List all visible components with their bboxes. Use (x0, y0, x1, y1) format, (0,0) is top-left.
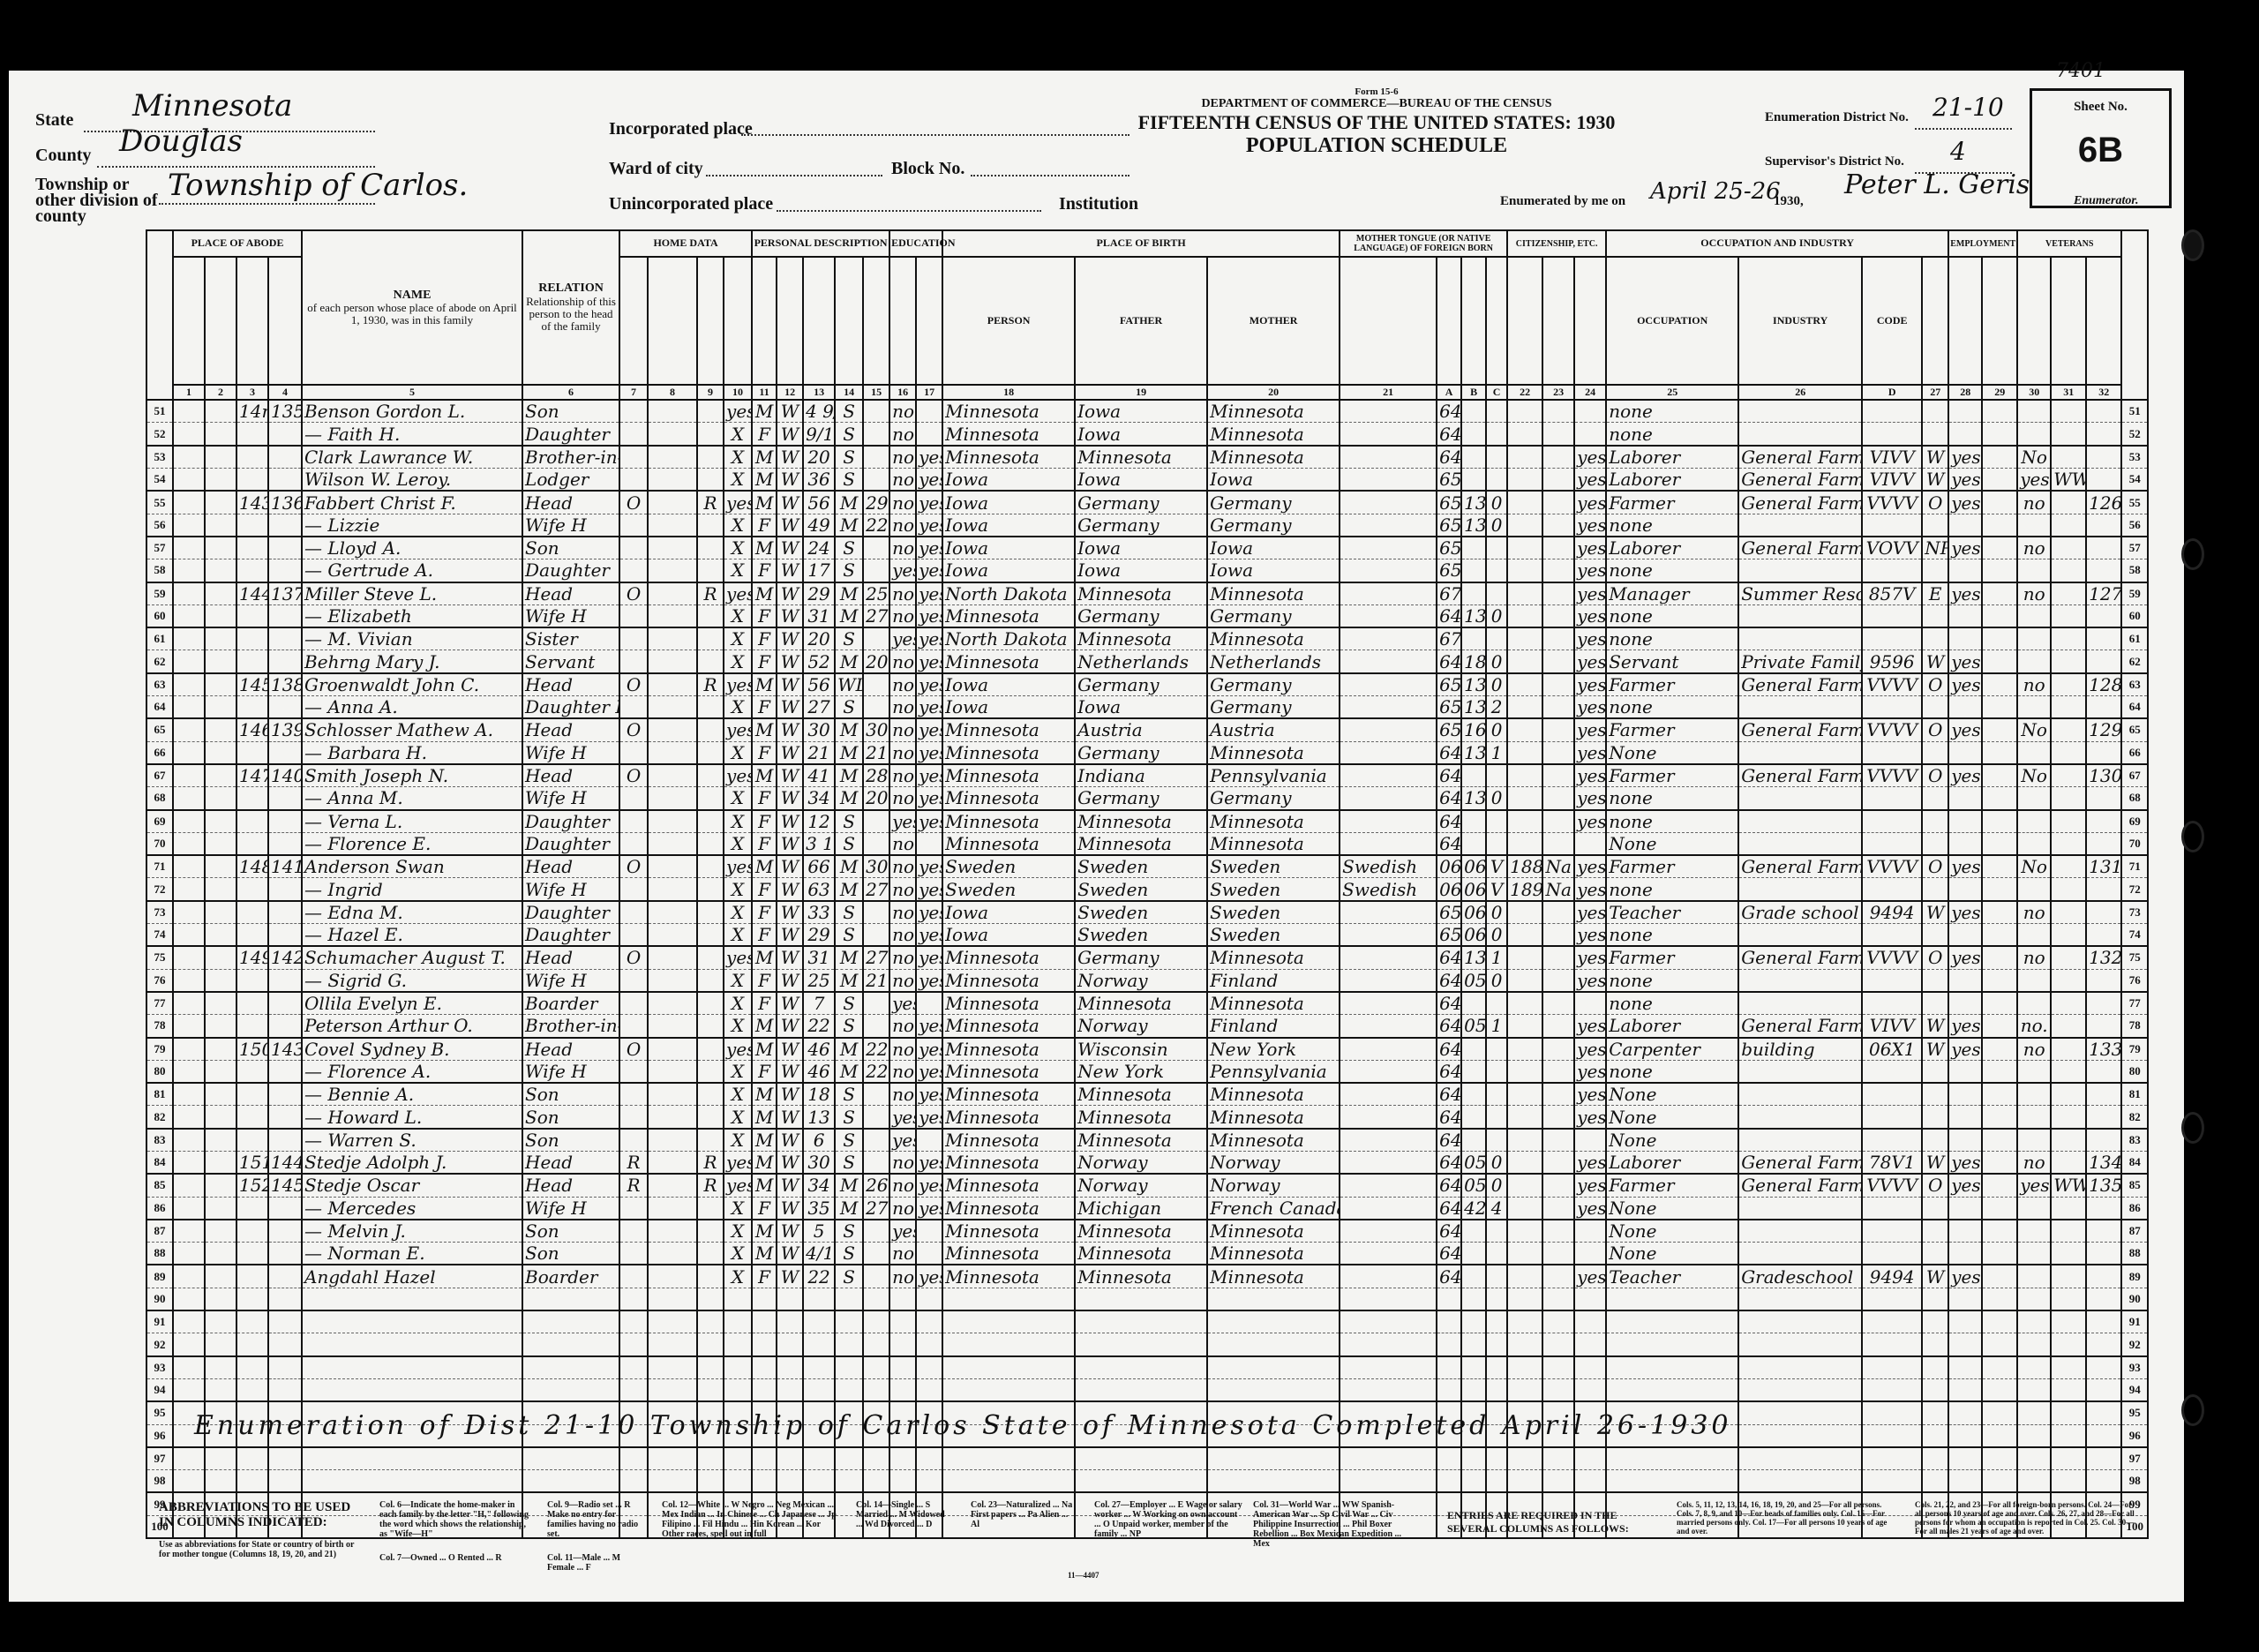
cell-sex: F (752, 423, 777, 446)
cell-read: yes (916, 1060, 942, 1083)
cell-war (2051, 1265, 2086, 1288)
cell-code-b: 13 (1461, 741, 1486, 764)
cell-code-a: 64 (1437, 787, 1461, 810)
cell-class (1922, 400, 1948, 423)
line-number: 61 (146, 627, 173, 650)
cell-age: 31 (803, 946, 835, 969)
cell-name: Miller Steve L. (302, 582, 522, 605)
cell-emp (1948, 787, 1982, 810)
cell-age-marr (863, 1151, 889, 1174)
table-row: 89Angdahl HazelBoarderXFW22SnoyesMinneso… (146, 1265, 2148, 1288)
cell-birth-person: Minnesota (942, 1151, 1075, 1174)
cell-birth-mother: Norway (1207, 1151, 1340, 1174)
cell-code-b: 06 (1461, 855, 1486, 878)
empty-cell (648, 1310, 697, 1333)
cell-marital: S (835, 832, 863, 855)
cell-dwelling: 14r (236, 400, 268, 423)
cell-relation: Daughter (522, 901, 619, 924)
cell-street (173, 582, 205, 605)
table-row: 63145138Groenwaldt John C.HeadORyesMW56W… (146, 673, 2148, 696)
empty-cell (1606, 1288, 1738, 1310)
empty-cell (724, 1447, 752, 1470)
cell-farm: X (724, 423, 752, 446)
cell-code-c (1486, 1083, 1507, 1106)
cell-age-marr (863, 446, 889, 469)
empty-cell (1948, 1424, 1982, 1447)
cell-sex: M (752, 855, 777, 878)
cell-code-c (1486, 537, 1507, 559)
cell-house (205, 969, 236, 992)
table-row: 60— ElizabethWife HXFW31M27noyesMinnesot… (146, 604, 2148, 627)
empty-cell (2086, 1333, 2121, 1356)
sd-label: Supervisor's District No. (1765, 154, 1904, 169)
cell-birth-person: Minnesota (942, 832, 1075, 855)
cell-school: no (889, 855, 916, 878)
cell-birth-mother: Netherlands (1207, 650, 1340, 673)
cell-relation: Son (522, 1083, 619, 1106)
cell-family: 137 (268, 582, 302, 605)
cell-street (173, 491, 205, 514)
cell-code-b (1461, 1243, 1486, 1265)
cell-tongue (1340, 627, 1437, 650)
line-number-right: 74 (2121, 924, 2148, 947)
cell-school: no (889, 446, 916, 469)
cell-house (205, 1038, 236, 1061)
cell-street (173, 1243, 205, 1265)
cell-family (268, 741, 302, 764)
cell-english: yes (1574, 1174, 1606, 1197)
cell-family: 138 (268, 673, 302, 696)
cell-read: yes (916, 696, 942, 719)
cell-code-b: 06 (1461, 924, 1486, 947)
cell-code-b (1461, 1106, 1486, 1129)
cell-birth-person: North Dakota (942, 627, 1075, 650)
cell-street (173, 878, 205, 901)
cell-radio (697, 992, 724, 1015)
cell-emp (1948, 514, 1982, 537)
line-number: 88 (146, 1243, 173, 1265)
cell-street (173, 1038, 205, 1061)
cell-occ-code: VVVV (1862, 1174, 1922, 1197)
cell-street (173, 1151, 205, 1174)
cell-emp: yes (1948, 537, 1982, 559)
empty-cell (697, 1470, 724, 1493)
cell-natur (1542, 1174, 1574, 1197)
cell-birth-mother: Minnesota (1207, 423, 1340, 446)
cell-school: no (889, 1015, 916, 1038)
cell-tongue (1340, 1220, 1437, 1243)
cell-code-a: 64 (1437, 604, 1461, 627)
cell-emp: yes (1948, 1038, 1982, 1061)
cell-tongue (1340, 1129, 1437, 1152)
cell-age: 27 (803, 696, 835, 719)
cell-immig (1507, 1106, 1542, 1129)
table-row: 56— LizzieWife HXFW49M22noyesIowaGermany… (146, 514, 2148, 537)
cell-unemp (1982, 901, 2017, 924)
line-number-right: 68 (2121, 787, 2148, 810)
hdr-immig (1507, 257, 1542, 385)
cell-value (648, 446, 697, 469)
cell-class: O (1922, 673, 1948, 696)
cell-code-b (1461, 537, 1486, 559)
abbrev-title: ABBREVIATIONS TO BE USED IN COLUMNS INDI… (159, 1500, 362, 1530)
empty-cell (697, 1333, 724, 1356)
cell-age-marr: 30 (863, 718, 889, 741)
cell-birth-father: Germany (1075, 604, 1207, 627)
empty-cell (1862, 1333, 1922, 1356)
cell-natur (1542, 400, 1574, 423)
empty-cell (236, 1333, 268, 1356)
cell-farm-sched (2086, 650, 2121, 673)
cell-name: — Melvin J. (302, 1220, 522, 1243)
cell-house (205, 650, 236, 673)
cell-emp (1948, 1129, 1982, 1152)
cell-code-c: 1 (1486, 741, 1507, 764)
cell-code-c (1486, 423, 1507, 446)
cell-age-marr (863, 1106, 889, 1129)
cell-marital: S (835, 469, 863, 492)
cell-code-a: 64 (1437, 1129, 1461, 1152)
cell-relation: Wife H (522, 741, 619, 764)
cell-farm: yes (724, 582, 752, 605)
cell-unemp (1982, 855, 2017, 878)
cell-occ-code (1862, 1129, 1922, 1152)
cell-owned (619, 1243, 648, 1265)
cell-farm: X (724, 1220, 752, 1243)
cell-house (205, 901, 236, 924)
cell-age: 13 (803, 1106, 835, 1129)
cell-industry: building (1738, 1038, 1862, 1061)
cell-occ-code (1862, 559, 1922, 582)
cell-birth-person: Minnesota (942, 1015, 1075, 1038)
cell-sex: M (752, 1129, 777, 1152)
cell-name: Benson Gordon L. (302, 400, 522, 423)
cell-unemp (1982, 992, 2017, 1015)
empty-cell (522, 1356, 619, 1379)
cell-age: 5 (803, 1220, 835, 1243)
cell-industry (1738, 924, 1862, 947)
cell-tongue (1340, 764, 1437, 787)
cell-vet (2017, 1265, 2051, 1288)
cell-code-a: 64 (1437, 1197, 1461, 1220)
empty-cell (1738, 1356, 1862, 1379)
cell-occupation: Farmer (1606, 1174, 1738, 1197)
empty-cell (916, 1356, 942, 1379)
cell-school: no (889, 514, 916, 537)
cell-owned (619, 1265, 648, 1288)
cell-farm: X (724, 741, 752, 764)
empty-cell (752, 1288, 777, 1310)
cell-sex: M (752, 400, 777, 423)
cell-code-a: 65 (1437, 514, 1461, 537)
cell-farm-sched: 131 (2086, 855, 2121, 878)
cell-owned (619, 696, 648, 719)
cell-industry: General Farm (1738, 469, 1862, 492)
cell-school: no (889, 696, 916, 719)
cell-sex: M (752, 1106, 777, 1129)
cell-age-marr (863, 901, 889, 924)
cell-read: yes (916, 901, 942, 924)
cell-war (2051, 1106, 2086, 1129)
cell-vet: No (2017, 855, 2051, 878)
cell-relation: Head (522, 1038, 619, 1061)
empty-cell (1574, 1470, 1606, 1493)
cell-emp (1948, 810, 1982, 833)
empty-cell (302, 1310, 522, 1333)
cell-industry (1738, 1220, 1862, 1243)
cell-marital: S (835, 992, 863, 1015)
empty-cell (863, 1310, 889, 1333)
cell-value (648, 969, 697, 992)
cell-farm-sched (2086, 1220, 2121, 1243)
cell-street (173, 946, 205, 969)
cell-age-marr: 21 (863, 741, 889, 764)
cell-birth-mother: Minnesota (1207, 1083, 1340, 1106)
cell-street (173, 604, 205, 627)
cell-dwelling: 150 (236, 1038, 268, 1061)
cell-farm: X (724, 514, 752, 537)
cell-occ-code (1862, 400, 1922, 423)
cell-code-a: 65 (1437, 469, 1461, 492)
cell-name: — Elizabeth (302, 604, 522, 627)
cell-farm: X (724, 537, 752, 559)
cell-birth-person: Minnesota (942, 1060, 1075, 1083)
cell-code-b: 06 (1461, 878, 1486, 901)
cell-occupation: Farmer (1606, 764, 1738, 787)
cell-school: yes (889, 559, 916, 582)
cell-tongue: Swedish (1340, 855, 1437, 878)
cell-unemp (1982, 514, 2017, 537)
empty-cell (1207, 1470, 1340, 1493)
cell-value (648, 1220, 697, 1243)
table-row: 87— Melvin J.SonXMW5SyesMinnesotaMinneso… (146, 1220, 2148, 1243)
cell-family (268, 1060, 302, 1083)
cell-race: W (777, 1243, 803, 1265)
cell-read: yes (916, 764, 942, 787)
cell-school: no (889, 946, 916, 969)
cell-owned (619, 1197, 648, 1220)
table-row: 5114r135Benson Gordon L.SonyesMW4 9/12Sn… (146, 400, 2148, 423)
cell-relation: Head (522, 1151, 619, 1174)
cell-war (2051, 924, 2086, 947)
empty-cell (1340, 1333, 1437, 1356)
cell-name: Anderson Swan (302, 855, 522, 878)
cell-relation: Brother-in-law (522, 446, 619, 469)
cell-marital: S (835, 400, 863, 423)
county-label: County (35, 146, 91, 166)
cell-sex: M (752, 1243, 777, 1265)
cell-dwelling (236, 810, 268, 833)
sheet-value: 6B (2032, 131, 2169, 170)
cell-occ-code (1862, 832, 1922, 855)
cell-occupation: none (1606, 423, 1738, 446)
cell-industry: Gradeschool (1738, 1265, 1862, 1288)
empty-cell (1507, 1333, 1542, 1356)
cell-owned (619, 627, 648, 650)
line-number-right: 66 (2121, 741, 2148, 764)
cell-farm-sched (2086, 1083, 2121, 1106)
cell-english: yes (1574, 924, 1606, 947)
cell-family: 139 (268, 718, 302, 741)
cell-owned (619, 832, 648, 855)
cell-industry (1738, 741, 1862, 764)
cell-name: — Sigrid G. (302, 969, 522, 992)
cell-occ-code (1862, 604, 1922, 627)
cell-street (173, 673, 205, 696)
cell-school: no (889, 1060, 916, 1083)
cell-name: — Lloyd A. (302, 537, 522, 559)
empty-cell (1862, 1470, 1922, 1493)
cell-natur (1542, 696, 1574, 719)
cell-birth-father: Iowa (1075, 696, 1207, 719)
empty-cell (648, 1333, 697, 1356)
cell-dwelling: 146 (236, 718, 268, 741)
cell-marital: S (835, 901, 863, 924)
cell-farm-sched (2086, 741, 2121, 764)
cell-race: W (777, 673, 803, 696)
cell-marital: M (835, 1038, 863, 1061)
empty-cell (2017, 1310, 2051, 1333)
empty-cell (1982, 1333, 2017, 1356)
cell-house (205, 491, 236, 514)
cell-school: no (889, 1243, 916, 1265)
cell-dwelling (236, 1083, 268, 1106)
line-number: 54 (146, 469, 173, 492)
cell-dwelling: 151 (236, 1151, 268, 1174)
empty-cell (777, 1470, 803, 1493)
cell-occupation: none (1606, 878, 1738, 901)
cell-war (2051, 810, 2086, 833)
cell-natur (1542, 469, 1574, 492)
cell-industry (1738, 787, 1862, 810)
cell-class: W (1922, 1265, 1948, 1288)
cell-read (916, 992, 942, 1015)
cell-unemp (1982, 1015, 2017, 1038)
cell-class (1922, 741, 1948, 764)
cell-read: yes (916, 582, 942, 605)
cell-vet (2017, 1197, 2051, 1220)
table-row: 80— Florence A.Wife HXFW46M22noyesMinnes… (146, 1060, 2148, 1083)
empty-cell (648, 1470, 697, 1493)
cell-radio (697, 1243, 724, 1265)
cell-code-a: 67 (1437, 582, 1461, 605)
cell-birth-mother: Minnesota (1207, 1220, 1340, 1243)
block-line (971, 175, 1129, 176)
cell-name: Ollila Evelyn E. (302, 992, 522, 1015)
cell-vet (2017, 1220, 2051, 1243)
empty-cell (173, 1378, 205, 1401)
cell-farm-sched (2086, 627, 2121, 650)
cell-industry: General Farm (1738, 537, 1862, 559)
cell-industry (1738, 832, 1862, 855)
cell-occupation: None (1606, 1243, 1738, 1265)
cell-industry (1738, 423, 1862, 446)
empty-cell (173, 1356, 205, 1379)
cell-sex: M (752, 1083, 777, 1106)
cell-house (205, 878, 236, 901)
cell-dwelling (236, 832, 268, 855)
cell-immig (1507, 992, 1542, 1015)
cell-code-a: 06 (1437, 855, 1461, 878)
cell-read: yes (916, 1106, 942, 1129)
empty-cell (863, 1378, 889, 1401)
cell-immig (1507, 1060, 1542, 1083)
empty-cell (889, 1310, 916, 1333)
cell-family (268, 810, 302, 833)
cell-relation: Head (522, 673, 619, 696)
cell-name: — Warren S. (302, 1129, 522, 1152)
cell-birth-father: Iowa (1075, 400, 1207, 423)
line-number-right: 98 (2121, 1470, 2148, 1493)
cell-name: — Bennie A. (302, 1083, 522, 1106)
cell-emp (1948, 1083, 1982, 1106)
cell-farm-sched: 134 (2086, 1151, 2121, 1174)
cell-school: no (889, 1151, 916, 1174)
cell-occupation: none (1606, 696, 1738, 719)
line-number: 82 (146, 1106, 173, 1129)
empty-cell (268, 1378, 302, 1401)
cell-birth-person: Minnesota (942, 741, 1075, 764)
empty-cell (619, 1378, 648, 1401)
empty-cell (1982, 1447, 2017, 1470)
cell-unemp (1982, 1174, 2017, 1197)
cell-birth-mother: New York (1207, 1038, 1340, 1061)
cell-unemp (1982, 878, 2017, 901)
empty-cell (803, 1333, 835, 1356)
empty-cell (1461, 1333, 1486, 1356)
cell-radio (697, 1015, 724, 1038)
cell-birth-person: Iowa (942, 491, 1075, 514)
cell-value (648, 696, 697, 719)
cell-war (2051, 491, 2086, 514)
empty-cell (1207, 1310, 1340, 1333)
cell-house (205, 741, 236, 764)
cell-code-a: 64 (1437, 400, 1461, 423)
cell-house (205, 673, 236, 696)
cell-birth-person: Minnesota (942, 446, 1075, 469)
cell-school: yes (889, 810, 916, 833)
empty-cell (724, 1310, 752, 1333)
cell-farm: X (724, 469, 752, 492)
cell-industry (1738, 696, 1862, 719)
cell-unemp (1982, 924, 2017, 947)
cell-radio (697, 446, 724, 469)
cell-radio (697, 855, 724, 878)
hdr-code: CODE (1862, 257, 1922, 385)
cell-relation: Daughter H (522, 696, 619, 719)
cell-english: yes (1574, 878, 1606, 901)
cell-marital: S (835, 1129, 863, 1152)
cell-industry (1738, 1060, 1862, 1083)
empty-cell (2051, 1310, 2086, 1333)
cell-farm-sched (2086, 604, 2121, 627)
cell-age-marr: 27 (863, 1197, 889, 1220)
cell-class (1922, 1060, 1948, 1083)
cell-school: yes (889, 627, 916, 650)
line-number-right-header (2121, 230, 2148, 400)
cell-race: W (777, 969, 803, 992)
cell-war (2051, 1220, 2086, 1243)
group-tongue: MOTHER TONGUE (OR NATIVE LANGUAGE) OF FO… (1340, 230, 1507, 257)
cell-birth-mother: Sweden (1207, 901, 1340, 924)
line-number-right: 59 (2121, 582, 2148, 605)
line-number-right: 55 (2121, 491, 2148, 514)
cell-birth-father: Iowa (1075, 559, 1207, 582)
sd-value: 4 (1950, 137, 1966, 166)
cell-farm: X (724, 787, 752, 810)
line-number: 62 (146, 650, 173, 673)
cell-class (1922, 423, 1948, 446)
